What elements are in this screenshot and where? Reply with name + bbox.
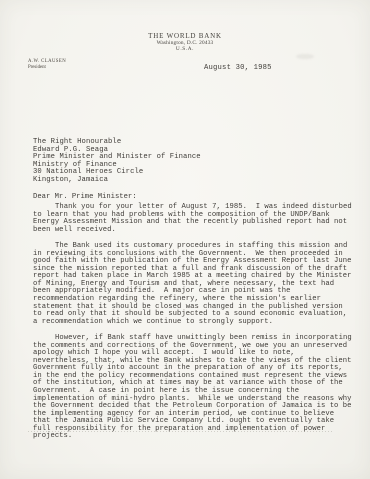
sender-block: A.W. CLAUSEN President <box>28 59 66 71</box>
letterhead-organization: THE WORLD BANK <box>0 33 370 40</box>
sender-title: President <box>28 65 66 71</box>
letterhead: THE WORLD BANK Washington, D.C. 20433 U.… <box>0 33 370 52</box>
scan-smudge <box>296 54 314 59</box>
letter-date: August 30, 1985 <box>204 64 272 72</box>
letterhead-country: U.S.A. <box>0 46 370 52</box>
body-paragraph-2: The Bank used its customary procedures i… <box>33 243 355 326</box>
recipient-address-block: The Right Honourable Edward P.G. Seaga P… <box>33 139 201 185</box>
letter-page: THE WORLD BANK Washington, D.C. 20433 U.… <box>0 0 370 479</box>
salutation: Dear Mr. Prime Minister: <box>33 193 137 201</box>
letter-body: Thank you for your letter of August 7, 1… <box>33 204 355 450</box>
scan-artifact-line <box>28 431 333 432</box>
recipient-line: Kingston, Jamaica <box>33 177 201 185</box>
body-paragraph-3: However, if Bank staff have unwittingly … <box>33 335 355 441</box>
body-paragraph-1: Thank you for your letter of August 7, 1… <box>33 204 355 234</box>
